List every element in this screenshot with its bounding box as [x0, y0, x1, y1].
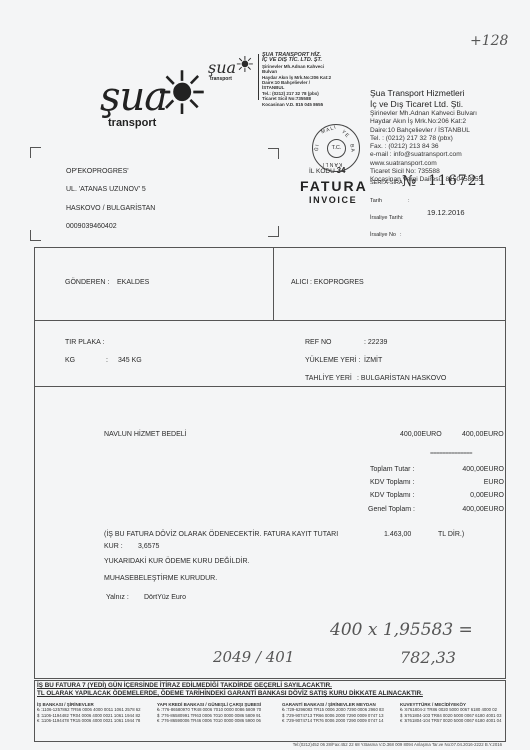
- company-info: Şua Transport Hizmetleri İç ve Dış Ticar…: [370, 88, 482, 185]
- stamp-line: Şirinevler Mh.Adnan Kahveci Bulvarı: [262, 64, 333, 75]
- serial-number: 116721: [428, 173, 487, 189]
- company-email: e-mail : info@suatransport.com: [370, 151, 482, 159]
- company-name-1: Şua Transport Hizmetleri: [370, 88, 482, 99]
- footer-printer-info: Tel:(0212)452 06 28/Fax:452 22 68 Y.Basm…: [293, 742, 502, 747]
- loading-place-label: YÜKLEME YERİ :: [305, 357, 361, 364]
- invoice-date: 19.12.2016: [427, 208, 465, 217]
- ref-no-label: REF NO: [305, 339, 331, 346]
- totals-separator: ==============: [430, 451, 472, 457]
- vat-total-value-2: 0,00EURO: [470, 492, 504, 499]
- amount-in-words-label: Yalnız :: [106, 594, 129, 601]
- exchange-rate-label: KUR :: [104, 543, 123, 550]
- section-divider: [34, 386, 505, 387]
- stamp-divider: [258, 54, 259, 100]
- bank-account: € :729-9074714 TR76 0006 2000 7290 0009 …: [282, 718, 384, 724]
- document-title: FATURA: [300, 178, 368, 194]
- document-subtitle: INVOICE: [309, 195, 357, 205]
- bank-account: € :776-86590006 TR46 0006 7010 0000 0086…: [157, 718, 261, 724]
- unloading-place-label: TAHLİYE YERİ: [305, 375, 352, 382]
- logo-word: şua: [100, 74, 167, 120]
- handwritten-reference: 2049 / 401: [213, 648, 294, 666]
- company-website: www.suatransport.com: [370, 160, 482, 168]
- customer-address: UL. 'ATANAS UZUNOV' 5: [66, 186, 146, 193]
- sender-value: EKALDES: [117, 279, 149, 286]
- customer-name: OP'EKOPROGRES': [66, 168, 129, 175]
- company-logo: ☀ şua transport: [100, 62, 210, 152]
- stamp-logo-sub: transport: [210, 76, 232, 82]
- receiver-value: : EKOPROGRES: [310, 279, 364, 286]
- stamp-logo-word: şua: [208, 58, 236, 77]
- vat-total-label-2: KDV Toplamı :: [370, 492, 415, 499]
- unloading-place-value: : BULGARİSTAN HASKOVO: [357, 375, 446, 382]
- date-label: Tarih: [370, 198, 382, 204]
- company-name-2: İç ve Dış Ticaret Ltd. Şti.: [370, 99, 482, 110]
- seal-center: T.C.: [327, 139, 346, 158]
- note-accounting-rate: MUHASEBELEŞTİRME KURUDUR.: [104, 575, 217, 582]
- amount-in-words-value: DörtYüz Euro: [144, 594, 186, 601]
- footer-warning-exchange: TL OLARAK YAPILACAK ÖDEMELERDE, ÖDEME TA…: [37, 690, 423, 697]
- bank-account: € :1106-1194478 TR15 0006 4000 0021 1061…: [37, 718, 141, 724]
- stamp-line: Kocasinan V.D. 815 045 8655: [262, 102, 333, 107]
- handwritten-result: 782,33: [400, 648, 456, 667]
- ref-no-value: : 22239: [364, 339, 387, 346]
- company-stamp: şua transport ☀ ŞUA TRANSPORT HİZ. İÇ VE…: [208, 52, 333, 102]
- exchange-rate-value: 3,6575: [138, 543, 159, 550]
- line-item-total: 400,00EURO: [462, 431, 504, 438]
- ministry-seal: T.C. M A L İ Y E B A K A N L I Ğ I: [312, 124, 360, 172]
- line-item-description: NAVLUN HİZMET BEDELİ: [104, 431, 187, 438]
- loading-place-value: İZMİT: [364, 357, 382, 364]
- stamp-sun-icon: ☀: [235, 54, 255, 76]
- bank-garanti: GARANTİ BANKASI / ŞİRİNEVLER MEYDAN ₺ :7…: [282, 702, 384, 724]
- note-registered-amount: 1.463,00: [384, 531, 411, 538]
- total-amount-value: 400,00EURO: [462, 466, 504, 473]
- serial-label: SERİ:A-SIRA: [370, 180, 403, 186]
- line-item-unit-price: 400,00EURO: [400, 431, 442, 438]
- parties-divider: [273, 247, 274, 320]
- grand-total-label: Genel Toplam :: [368, 506, 415, 513]
- total-amount-label: Toplam Tutar :: [370, 466, 414, 473]
- bank-isbank: İŞ BANKASI / ŞİRİNEVLER ₺ :1106-1257862 …: [37, 702, 141, 724]
- bank-kuveytturk: KUVEYTTÜRK / MECİDİYEKÖY ₺ :6761804-2 TR…: [400, 702, 501, 724]
- company-fax: Fax. : (0212) 213 84 36: [370, 143, 482, 151]
- il-kodu: İL KODU 34: [309, 166, 345, 175]
- number-symbol: №: [402, 172, 416, 190]
- bank-account: € :6761804-104 TR57 0020 5000 0067 6180 …: [400, 718, 501, 724]
- note-currency: (İŞ BU FATURA DÖVİZ OLARAK ÖDENECEKTİR. …: [104, 531, 338, 538]
- note-currency-end: TL DİR.): [438, 531, 464, 538]
- il-kodu-label: İL KODU: [309, 168, 335, 175]
- corner-mark: [30, 147, 41, 158]
- waybill-no-label: İrsaliye No: [370, 232, 396, 238]
- stamp-line: Daire:10 Bahçelievler / İSTANBUL: [262, 80, 333, 91]
- weight-value: 345 KG: [118, 357, 142, 364]
- company-address-line: Daire:10 Bahçelievler / İSTANBUL: [370, 127, 482, 135]
- logo-subtitle: transport: [108, 117, 156, 129]
- handwritten-page-note: +128: [470, 33, 508, 49]
- section-divider: [34, 320, 505, 321]
- customer-city: HASKOVO / BULGARİSTAN: [66, 205, 155, 212]
- weight-label: KG: [65, 357, 75, 364]
- bank-account: ₺ :1106-1257862 TR56 0006 4000 0011 1061…: [37, 707, 141, 713]
- handwritten-calculation: 400 x 1,95583 =: [330, 620, 473, 640]
- grand-total-value: 400,00EURO: [462, 506, 504, 513]
- vat-total-value: EURO: [484, 479, 504, 486]
- receiver-label: ALICI: [291, 279, 309, 286]
- bank-yapikredi: YAPI KREDİ BANKASI / GÜNEŞLİ ÇARŞI ŞUBES…: [157, 702, 261, 724]
- sender-label: GÖNDEREN :: [65, 279, 109, 286]
- company-address-line: Haydar Akın İş Mrk.No:206 Kat:2: [370, 118, 482, 126]
- truck-plate-label: TIR PLAKA :: [65, 339, 104, 346]
- company-phone: Tel. : (0212) 217 32 78 (pbx): [370, 135, 482, 143]
- customer-tax-id: 0009039460402: [66, 223, 117, 230]
- corner-mark: [268, 148, 279, 159]
- waybill-date-label: İrsaliye Tarihi:: [370, 215, 404, 221]
- il-kodu-value: 34: [337, 166, 346, 175]
- note-rate-disclaimer: YUKARIDAKİ KUR ÖDEME KURU DEĞİLDİR.: [104, 558, 249, 565]
- corner-mark: [30, 230, 41, 241]
- footer-warning-objection: İŞ BU FATURA 7 (YEDİ) GÜN İÇERSİNDE İTİR…: [37, 682, 332, 689]
- vat-total-label: KDV Toplamı :: [370, 479, 415, 486]
- invoice-body-frame: [34, 247, 506, 679]
- bank-account: ₺ :6761804-2 TR86 0020 5000 0067 6180 40…: [400, 707, 501, 713]
- bank-account: ₺ :776-86580970 TR48 0006 7010 0000 0086…: [157, 707, 261, 713]
- corner-mark: [268, 226, 279, 237]
- bank-account: ₺ :729-6296083 TR15 0006 2000 7290 0006 …: [282, 707, 384, 713]
